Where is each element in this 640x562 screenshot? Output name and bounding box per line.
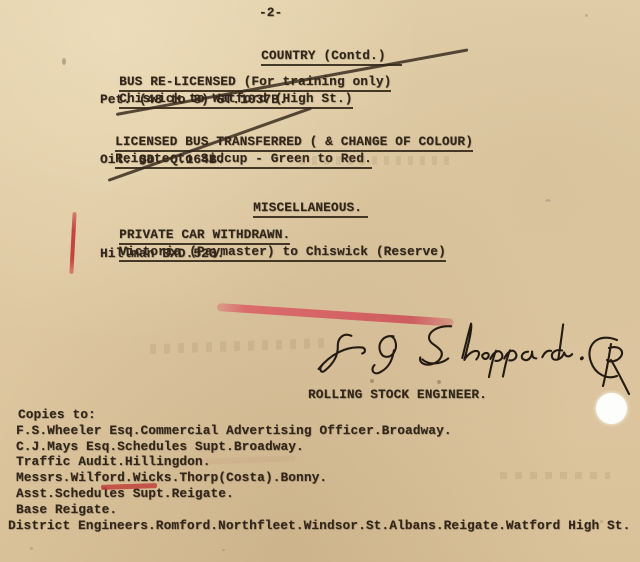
ink-speck <box>30 547 33 550</box>
private-car-vehicle: Hillman BXD.523. <box>100 247 224 262</box>
ink-speck <box>585 14 588 17</box>
ink-speck <box>222 549 225 551</box>
ink-speck <box>62 58 66 65</box>
faint-dotted-smudge <box>150 338 330 354</box>
page-number: -2- <box>259 6 282 21</box>
handwritten-initial-flourish <box>583 334 635 400</box>
faint-pink-smudge <box>205 455 295 464</box>
punch-hole <box>596 393 627 424</box>
ink-speck <box>437 380 441 384</box>
ink-speck <box>370 379 374 383</box>
copies-recipient: C.J.Mays Esq.Schedules Supt.Broadway. <box>16 440 304 455</box>
faint-dotted-smudge <box>500 472 610 479</box>
copies-recipient: Messrs.Wilford.Wicks.Thorp(Costa).Bonny. <box>16 471 327 486</box>
signature-role: ROLLING STOCK ENGINEER. <box>308 388 487 403</box>
ink-speck <box>545 199 551 202</box>
red-margin-mark <box>69 212 76 274</box>
copies-recipient: Base Reigate. <box>16 503 117 518</box>
scanned-memo-page: -2- COUNTRY (Contd.) BUS RE-LICENSED (Fo… <box>0 0 640 562</box>
ink-speck <box>600 520 603 523</box>
copies-recipient: Traffic Audit.Hillingdon. <box>16 455 210 470</box>
copies-recipient: F.S.Wheeler Esq.Commercial Advertising O… <box>16 424 452 439</box>
copies-recipient: Asst.Schedules Supt.Reigate. <box>16 487 234 502</box>
copies-label: Copies to: <box>18 408 96 423</box>
faint-dotted-smudge <box>300 156 450 165</box>
handwritten-signature <box>315 309 607 391</box>
copies-recipient: District Engineers.Romford.Northfleet.Wi… <box>8 519 630 534</box>
